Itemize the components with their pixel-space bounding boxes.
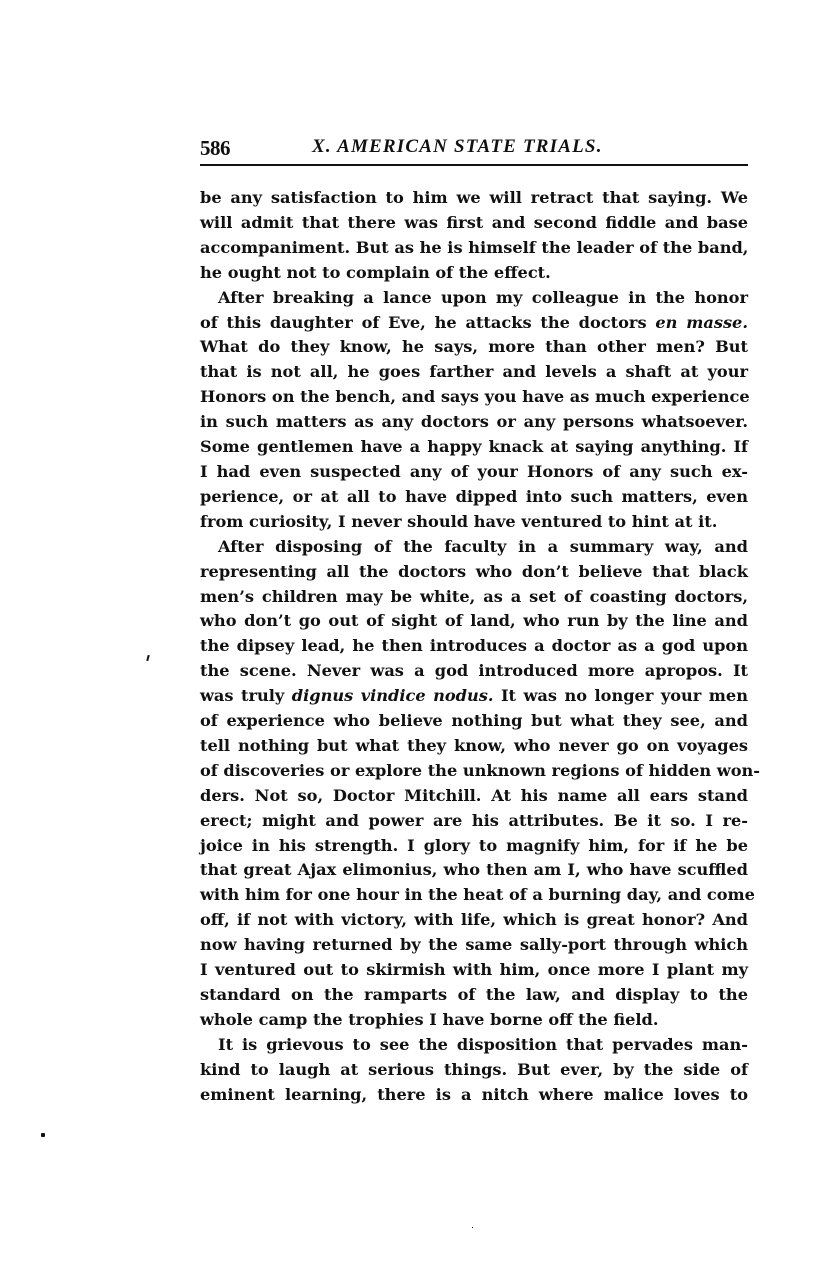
- running-title: X. AMERICAN STATE TRIALS.: [312, 136, 603, 158]
- scan-speck: [737, 646, 738, 647]
- text-line: be any satisfaction to him we will retra…: [200, 186, 748, 211]
- text-line: that is not all, he goes farther and lev…: [200, 360, 748, 385]
- text-segment: was truly: [200, 686, 292, 705]
- paragraph-3: After disposing of the faculty in a summ…: [200, 535, 748, 1033]
- text-line: After disposing of the faculty in a summ…: [200, 535, 748, 560]
- text-line: the scene. Never was a god introduced mo…: [200, 659, 748, 684]
- text-line: from curiosity, I never should have vent…: [200, 510, 748, 535]
- text-line: tell nothing but what they know, who nev…: [200, 734, 748, 759]
- text-line: that great Ajax elimonius, who then am I…: [200, 858, 748, 883]
- text-line: will admit that there was first and seco…: [200, 211, 748, 236]
- text-line: joice in his strength. I glory to magnif…: [200, 834, 748, 859]
- text-line: of experience who believe nothing but wh…: [200, 709, 748, 734]
- text-line: whole camp the trophies I have borne off…: [200, 1008, 748, 1033]
- page-number: 586: [200, 136, 230, 161]
- text-line: I had even suspected any of your Honors …: [200, 460, 748, 485]
- text-line: eminent learning, there is a nitch where…: [200, 1083, 748, 1108]
- text-line: was truly dignus vindice nodus. It was n…: [200, 684, 748, 709]
- text-line: who don’t go out of sight of land, who r…: [200, 609, 748, 634]
- book-page: 586 X. AMERICAN STATE TRIALS. be any sat…: [200, 134, 748, 162]
- text-segment: It was no longer your men: [494, 686, 748, 705]
- scan-speck: [41, 1133, 45, 1137]
- text-segment: of this daughter of Eve, he attacks the …: [200, 313, 655, 332]
- scan-speck: [472, 1227, 473, 1228]
- paragraph-4: It is grievous to see the disposition th…: [200, 1033, 748, 1108]
- text-line: What do they know, he says, more than ot…: [200, 335, 748, 360]
- paragraph-1: be any satisfaction to him we will retra…: [200, 186, 748, 286]
- text-line: accompaniment. But as he is himself the …: [200, 236, 748, 261]
- text-line: perience, or at all to have dipped into …: [200, 485, 748, 510]
- text-line: I ventured out to skirmish with him, onc…: [200, 958, 748, 983]
- italic-phrase: dignus vindice nodus.: [292, 686, 494, 705]
- text-line: Honors on the bench, and says you have a…: [200, 385, 748, 410]
- text-line: kind to laugh at serious things. But eve…: [200, 1058, 748, 1083]
- text-line: It is grievous to see the disposition th…: [200, 1033, 748, 1058]
- text-line: of this daughter of Eve, he attacks the …: [200, 311, 748, 336]
- text-line: now having returned by the same sally-po…: [200, 933, 748, 958]
- text-line: the dipsey lead, he then introduces a do…: [200, 634, 748, 659]
- running-head: 586 X. AMERICAN STATE TRIALS.: [200, 134, 748, 162]
- text-line: off, if not with victory, with life, whi…: [200, 908, 748, 933]
- text-line: representing all the doctors who don’t b…: [200, 560, 748, 585]
- text-line: in such matters as any doctors or any pe…: [200, 410, 748, 435]
- text-line: ders. Not so, Doctor Mitchill. At his na…: [200, 784, 748, 809]
- text-line: men’s children may be white, as a set of…: [200, 585, 748, 610]
- text-line: with him for one hour in the heat of a b…: [200, 883, 748, 908]
- text-line: erect; might and power are his attribute…: [200, 809, 748, 834]
- italic-phrase: en masse.: [655, 313, 748, 332]
- header-rule: [200, 164, 748, 166]
- text-line: standard on the ramparts of the law, and…: [200, 983, 748, 1008]
- body-text: be any satisfaction to him we will retra…: [200, 186, 748, 1108]
- text-line: of discoveries or explore the unknown re…: [200, 759, 748, 784]
- scan-speck: [146, 655, 149, 661]
- text-line: After breaking a lance upon my colleague…: [200, 286, 748, 311]
- text-line: Some gentlemen have a happy knack at say…: [200, 435, 748, 460]
- text-line: he ought not to complain of the effect.: [200, 261, 748, 286]
- paragraph-2: After breaking a lance upon my colleague…: [200, 286, 748, 535]
